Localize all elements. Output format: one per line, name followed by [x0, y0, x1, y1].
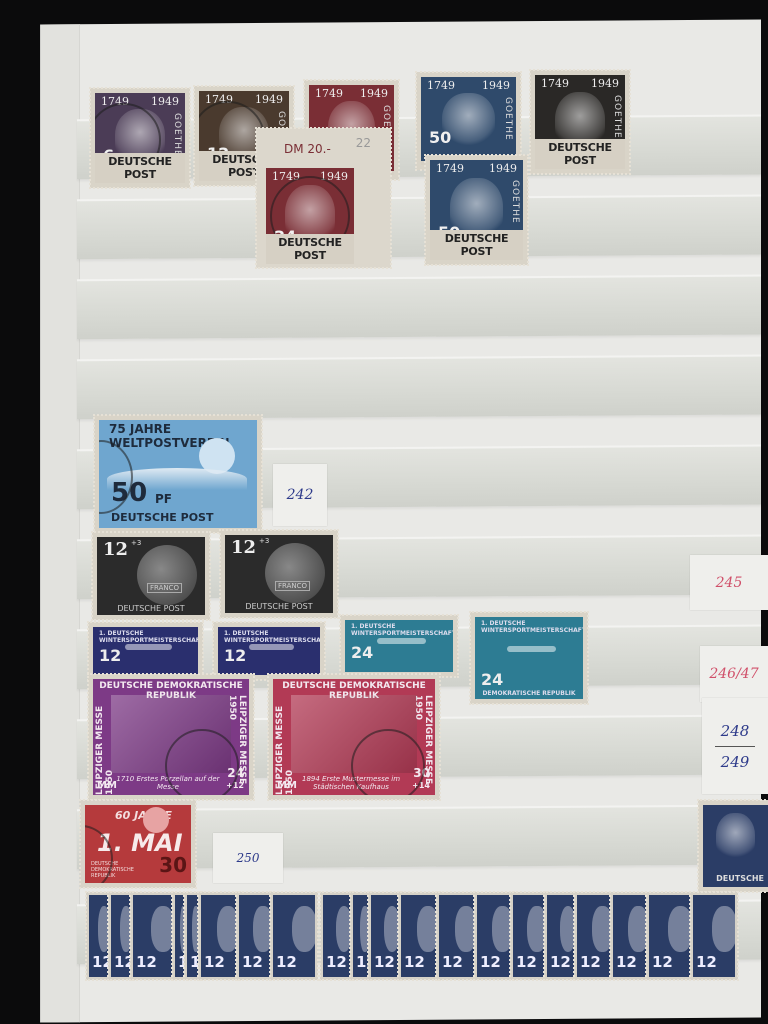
catalog-label-242: 242: [273, 464, 327, 526]
stamp-country: DEUTSCHE POST: [430, 230, 523, 260]
pieck-stamp[interactable]: 12: [320, 892, 354, 980]
stamp-value: 12: [580, 953, 601, 971]
portrait: [151, 906, 173, 951]
stamp-name: GOETHE: [510, 180, 520, 224]
stamp-value: 12: [696, 953, 717, 971]
pieck-stamp[interactable]: 12: [198, 892, 240, 980]
portrait: [560, 906, 575, 951]
stamp-value: 12: [242, 953, 263, 971]
pieck-stamp[interactable]: 12: [646, 892, 694, 980]
stamp-value: 12: [224, 646, 246, 665]
portrait: [527, 906, 545, 951]
pieck-stamp[interactable]: 12: [236, 892, 274, 980]
magnifier-icon: [265, 543, 325, 603]
pieck-stamp[interactable]: 12: [544, 892, 578, 980]
year-left: 1749: [436, 162, 464, 175]
strip-2: [77, 194, 761, 259]
stamp-title: 1. DEUTSCHE WINTERSPORTMEISTERSCHAFTEN: [481, 620, 577, 634]
year-left: 1749: [541, 77, 569, 90]
upu-stamp[interactable]: 75 JAHRE WELTPOSTVEREIN 50 PF DEUTSCHE P…: [94, 415, 262, 533]
year-right: 1949: [151, 95, 179, 108]
year-right: 1949: [489, 162, 517, 175]
stamp-surcharge: +3: [131, 539, 141, 547]
upu-line1: 75 JAHRE: [109, 422, 171, 436]
stamp-value: 12: [204, 953, 225, 971]
year-left: 1749: [427, 79, 455, 92]
page-margin: [41, 24, 80, 1022]
portrait: [668, 906, 691, 951]
portrait: [455, 906, 475, 951]
pieck-stamp[interactable]: 12: [130, 892, 176, 980]
stamp-title: 1. DEUTSCHE WINTERSPORTMEISTERSCHAFTEN: [99, 630, 192, 644]
year-right: 1949: [482, 79, 510, 92]
stamp-day-stamp[interactable]: 12 +3 FRANCO DEUTSCHE POST: [220, 530, 338, 618]
mayday-stamp[interactable]: 60 JAHRE 1. MAI 30 DEUTSCHE DEMOKRATISCH…: [80, 800, 196, 888]
stamp-value: 50: [429, 128, 451, 147]
stamp-country: DEUTSCHE POST: [225, 602, 333, 611]
goethe-stamp[interactable]: 17491949 GOETHE DEUTSCHE POST: [530, 70, 630, 174]
stamp-title: 1. DEUTSCHE WINTERSPORTMEISTERSCHAFTEN: [351, 623, 447, 637]
pieck-stamp[interactable]: 12: [368, 892, 402, 980]
stamp-value: 12: [276, 953, 297, 971]
stamp-value: 12: [374, 953, 395, 971]
winter-sport-stamp[interactable]: 1. DEUTSCHE WINTERSPORTMEISTERSCHAFTEN 1…: [88, 622, 203, 680]
athlete-figure: [249, 644, 295, 650]
stamp-value: 12: [550, 953, 571, 971]
winter-sport-stamp[interactable]: 1. DEUTSCHE WINTERSPORTMEISTERSCHAFTEN 2…: [470, 612, 588, 704]
stamp-value: 12: [92, 953, 109, 971]
magnifier-icon: [137, 545, 197, 605]
upu-unit: PF: [155, 492, 172, 506]
winter-sport-stamp[interactable]: 1. DEUTSCHE WINTERSPORTMEISTERSCHAFTEN 2…: [340, 615, 458, 677]
stamp-value: 12: [616, 953, 637, 971]
stamp-country: DEUTSCHE POST: [95, 153, 185, 183]
winter-sport-stamp[interactable]: 1. DEUTSCHE WINTERSPORTMEISTERSCHAFTEN 1…: [213, 622, 325, 680]
stamp-value: 24: [351, 643, 373, 662]
stamp-country: DEUTSCHE POST: [266, 234, 354, 264]
pieck-stamp[interactable]: 12: [474, 892, 514, 980]
stamp-name: GOETHE: [172, 113, 182, 157]
goethe-stamp[interactable]: 17491949 GOETHE 6 DEUTSCHE POST: [90, 88, 190, 188]
pieck-single-stamp[interactable]: DEUTSCHE: [698, 800, 768, 892]
pieck-stamp[interactable]: 12: [610, 892, 650, 980]
stamp-value: 12: [103, 539, 128, 560]
stamp-name: GOETHE: [612, 95, 622, 139]
goethe-50-lower[interactable]: 17491949 GOETHE 50 DEUTSCHE POST: [425, 155, 528, 265]
leipzig-messe-stamp[interactable]: DEUTSCHE DEMOKRATISCHE REPUBLIK LEIPZIGE…: [88, 674, 254, 800]
stamp-name: GOETHE: [503, 97, 513, 141]
portrait: [253, 906, 271, 951]
label-text: 245: [716, 575, 743, 591]
messe-logo-icon: MM: [97, 780, 117, 791]
catalog-label-248-249: 248 249: [702, 698, 768, 794]
pieck-stamp[interactable]: 12: [510, 892, 548, 980]
stamp-surcharge: +3: [259, 537, 269, 545]
pieck-stamp[interactable]: 12: [398, 892, 440, 980]
stamp-country: DEUTSCHE POST: [97, 604, 205, 613]
label-bottom: 249: [721, 753, 750, 771]
catalog-label-245: 245: [690, 555, 768, 610]
margin-text: DM 20.-: [284, 142, 331, 156]
leipzig-messe-stamp[interactable]: DEUTSCHE DEMOKRATISCHE REPUBLIK LEIPZIGE…: [268, 674, 440, 800]
label-text: 250: [237, 851, 260, 865]
catalog-label-250: 250: [213, 833, 283, 883]
portrait: [384, 906, 399, 951]
strip-3: [77, 274, 761, 339]
year-right: 1949: [360, 87, 388, 100]
goethe-24-face: 17491949 24 DEUTSCHE POST: [266, 168, 354, 264]
stamp-value: 12: [326, 953, 347, 971]
label-top: 248: [715, 722, 756, 747]
stamp-value: 12: [136, 953, 157, 971]
stamp-title: 1. DEUTSCHE WINTERSPORTMEISTERSCHAFTEN: [224, 630, 314, 644]
athlete-figure: [377, 638, 426, 644]
goethe-margin-stamp[interactable]: DM 20.- 22 17491949 24 DEUTSCHE POST: [256, 128, 391, 268]
label-text: 242: [287, 487, 314, 503]
stamp-value: 12: [480, 953, 501, 971]
year-left: 1749: [315, 87, 343, 100]
messe-logo-icon: MM: [277, 780, 297, 791]
upu-country: DEUTSCHE POST: [111, 511, 213, 524]
stamp-value: 12: [99, 646, 121, 665]
year-right: 1949: [255, 93, 283, 106]
pieck-stamp[interactable]: 12: [574, 892, 614, 980]
catalog-label-246-47: 246/47: [700, 646, 768, 702]
stamp-inner-text: FRANCO: [275, 581, 310, 591]
portrait: [628, 906, 647, 951]
margin-number: 22: [356, 136, 371, 150]
pieck-stamp[interactable]: 12: [436, 892, 478, 980]
portrait: [292, 906, 315, 951]
stamp-inner-text: FRANCO: [147, 583, 182, 593]
label-text: 246/47: [709, 666, 758, 682]
portrait: [336, 906, 351, 951]
stamp-value: 12: [652, 953, 673, 971]
stamp-value: 24: [481, 670, 503, 689]
portrait: [712, 906, 735, 951]
stamp-value: 12: [114, 953, 131, 971]
stamp-value: 12: [231, 537, 256, 558]
portrait: [592, 906, 611, 951]
portrait: [417, 906, 437, 951]
stamp-day-stamp[interactable]: 12 +3 FRANCO DEUTSCHE POST: [92, 532, 210, 620]
stamp-country: DEUTSCHE POST: [535, 139, 625, 169]
pieck-stamp[interactable]: 12: [270, 892, 318, 980]
portrait: [492, 906, 511, 951]
athlete-figure: [125, 644, 172, 650]
athlete-figure: [507, 646, 556, 652]
year-right: 1949: [591, 77, 619, 90]
mayday-value: 30: [159, 853, 187, 877]
portrait: [217, 906, 237, 951]
strip-4: [77, 354, 761, 419]
stamp-value: 12: [516, 953, 537, 971]
stamp-value: 12: [442, 953, 463, 971]
stamp-country: DEMOKRATISCHE REPUBLIK: [475, 690, 583, 697]
stamp-country: DEUTSCHE: [716, 874, 764, 883]
pieck-stamp[interactable]: 12: [690, 892, 738, 980]
stamp-value: 12: [404, 953, 425, 971]
